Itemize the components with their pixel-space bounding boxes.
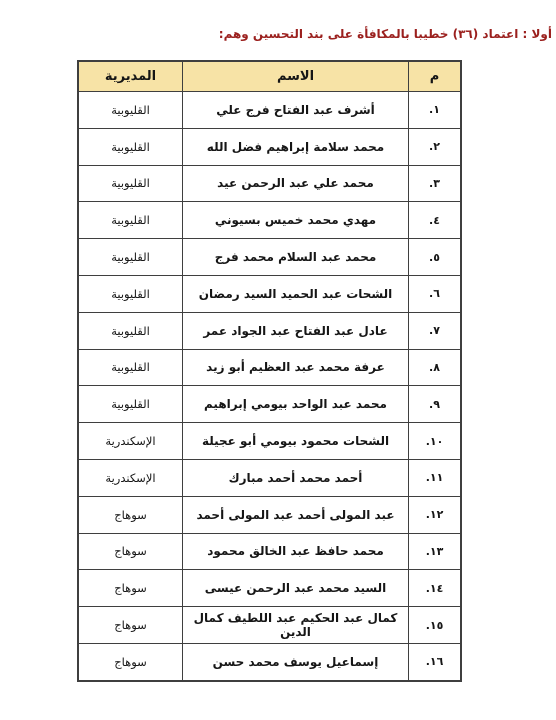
row-number-text: .٤	[429, 214, 440, 227]
table-row: .٦ الشحات عبد الحميد السيد رمضان القليوب…	[78, 275, 461, 312]
table-row: .١٥ كمال عبد الحكيم عبد اللطيف كمال الدي…	[78, 607, 461, 644]
directorate-cell: سوهاج	[78, 496, 183, 533]
table-header-row: م الاسم المديرية	[78, 61, 461, 92]
row-number-text: .١٤	[426, 582, 444, 595]
table-body: .١ أشرف عبد الفتاح فرج علي القليوبية .٢ …	[78, 92, 461, 681]
directorate-cell: القليوبية	[78, 312, 183, 349]
row-number-text: .١١	[426, 471, 444, 484]
name-cell: أشرف عبد الفتاح فرج علي	[183, 92, 409, 129]
directorate-cell: القليوبية	[78, 128, 183, 165]
table-row: .٩ محمد عبد الواحد بيومي إبراهيم القليوب…	[78, 386, 461, 423]
table-row: .١٢ عبد المولى أحمد عبد المولى أحمد سوها…	[78, 496, 461, 533]
row-number-cell: .٧	[409, 312, 462, 349]
row-number-text: .٢	[429, 140, 440, 153]
table-row: .١١ أحمد محمد أحمد مبارك الإسكندرية	[78, 459, 461, 496]
directorate-cell: القليوبية	[78, 202, 183, 239]
row-number-cell: .١٠	[409, 423, 462, 460]
table-row: .٤ مهدي محمد خميس بسيوني القليوبية	[78, 202, 461, 239]
row-number-text: .٩	[429, 398, 440, 411]
row-number-cell: .١١	[409, 459, 462, 496]
header-directorate-column: المديرية	[78, 61, 183, 92]
row-number-cell: .١٥	[409, 607, 462, 644]
directorate-cell: سوهاج	[78, 570, 183, 607]
name-cell: محمد علي عبد الرحمن عيد	[183, 165, 409, 202]
directorate-cell: سوهاج	[78, 607, 183, 644]
header-name-column: الاسم	[183, 61, 409, 92]
directorate-cell: الإسكندرية	[78, 423, 183, 460]
table-row: .١٦ إسماعيل يوسف محمد حسن سوهاج	[78, 643, 461, 680]
row-number-text: .٥	[429, 251, 440, 264]
table-row: .١٠ الشحات محمود بيومي أبو عجيلة الإسكند…	[78, 423, 461, 460]
name-cell: الشحات محمود بيومي أبو عجيلة	[183, 423, 409, 460]
row-number-cell: .٨	[409, 349, 462, 386]
directorate-cell: سوهاج	[78, 533, 183, 570]
table-row: .١ أشرف عبد الفتاح فرج علي القليوبية	[78, 92, 461, 129]
directorate-cell: القليوبية	[78, 92, 183, 129]
table-row: .٥ محمد عبد السلام محمد فرج القليوبية	[78, 239, 461, 276]
name-cell: محمد سلامة إبراهيم فضل الله	[183, 128, 409, 165]
table-row: .١٤ السيد محمد عبد الرحمن عيسى سوهاج	[78, 570, 461, 607]
directorate-cell: الإسكندرية	[78, 459, 183, 496]
row-number-cell: .٩	[409, 386, 462, 423]
row-number-cell: .٦	[409, 275, 462, 312]
row-number-text: .٣	[429, 177, 440, 190]
table-row: .١٣ محمد حافظ عبد الخالق محمود سوهاج	[78, 533, 461, 570]
table-header: م الاسم المديرية	[78, 61, 461, 92]
row-number-cell: .١٦	[409, 643, 462, 680]
name-cell: السيد محمد عبد الرحمن عيسى	[183, 570, 409, 607]
row-number-cell: .٤	[409, 202, 462, 239]
table-row: .٨ عرفة محمد عبد العظيم أبو زيد القليوبي…	[78, 349, 461, 386]
name-cell: عرفة محمد عبد العظيم أبو زيد	[183, 349, 409, 386]
row-number-text: .١	[429, 103, 440, 116]
directorate-cell: القليوبية	[78, 275, 183, 312]
row-number-cell: .١٣	[409, 533, 462, 570]
row-number-cell: .١٢	[409, 496, 462, 533]
row-number-text: .١٠	[426, 435, 444, 448]
directorate-cell: القليوبية	[78, 386, 183, 423]
name-cell: محمد حافظ عبد الخالق محمود	[183, 533, 409, 570]
table-row: .٢ محمد سلامة إبراهيم فضل الله القليوبية	[78, 128, 461, 165]
header-number-column: م	[409, 61, 462, 92]
row-number-cell: .٣	[409, 165, 462, 202]
row-number-cell: .٢	[409, 128, 462, 165]
row-number-text: .٦	[429, 287, 440, 300]
name-cell: عبد المولى أحمد عبد المولى أحمد	[183, 496, 409, 533]
row-number-cell: .١	[409, 92, 462, 129]
row-number-text: .١٦	[426, 655, 444, 668]
directorate-cell: القليوبية	[78, 239, 183, 276]
directorate-cell: القليوبية	[78, 349, 183, 386]
table-row: .٧ عادل عبد الفتاح عبد الجواد عمر القليو…	[78, 312, 461, 349]
document-page: أولا : اعتماد (٣٦) خطيبا بالمكافأة على ب…	[0, 0, 556, 720]
directorate-cell: سوهاج	[78, 643, 183, 680]
row-number-text: .١٢	[426, 508, 444, 521]
row-number-cell: .١٤	[409, 570, 462, 607]
name-cell: الشحات عبد الحميد السيد رمضان	[183, 275, 409, 312]
name-cell: أحمد محمد أحمد مبارك	[183, 459, 409, 496]
name-cell: محمد عبد السلام محمد فرج	[183, 239, 409, 276]
row-number-cell: .٥	[409, 239, 462, 276]
row-number-text: .١٥	[426, 619, 444, 632]
name-cell: إسماعيل يوسف محمد حسن	[183, 643, 409, 680]
preachers-table: م الاسم المديرية .١ أشرف عبد الفتاح فرج …	[77, 60, 462, 682]
name-cell: كمال عبد الحكيم عبد اللطيف كمال الدين	[183, 607, 409, 644]
document-heading: أولا : اعتماد (٣٦) خطيبا بالمكافأة على ب…	[219, 27, 552, 41]
row-number-text: .١٣	[426, 545, 444, 558]
name-cell: مهدي محمد خميس بسيوني	[183, 202, 409, 239]
row-number-text: .٨	[429, 361, 440, 374]
name-cell: عادل عبد الفتاح عبد الجواد عمر	[183, 312, 409, 349]
directorate-cell: القليوبية	[78, 165, 183, 202]
row-number-text: .٧	[429, 324, 440, 337]
table-row: .٣ محمد علي عبد الرحمن عيد القليوبية	[78, 165, 461, 202]
name-cell: محمد عبد الواحد بيومي إبراهيم	[183, 386, 409, 423]
